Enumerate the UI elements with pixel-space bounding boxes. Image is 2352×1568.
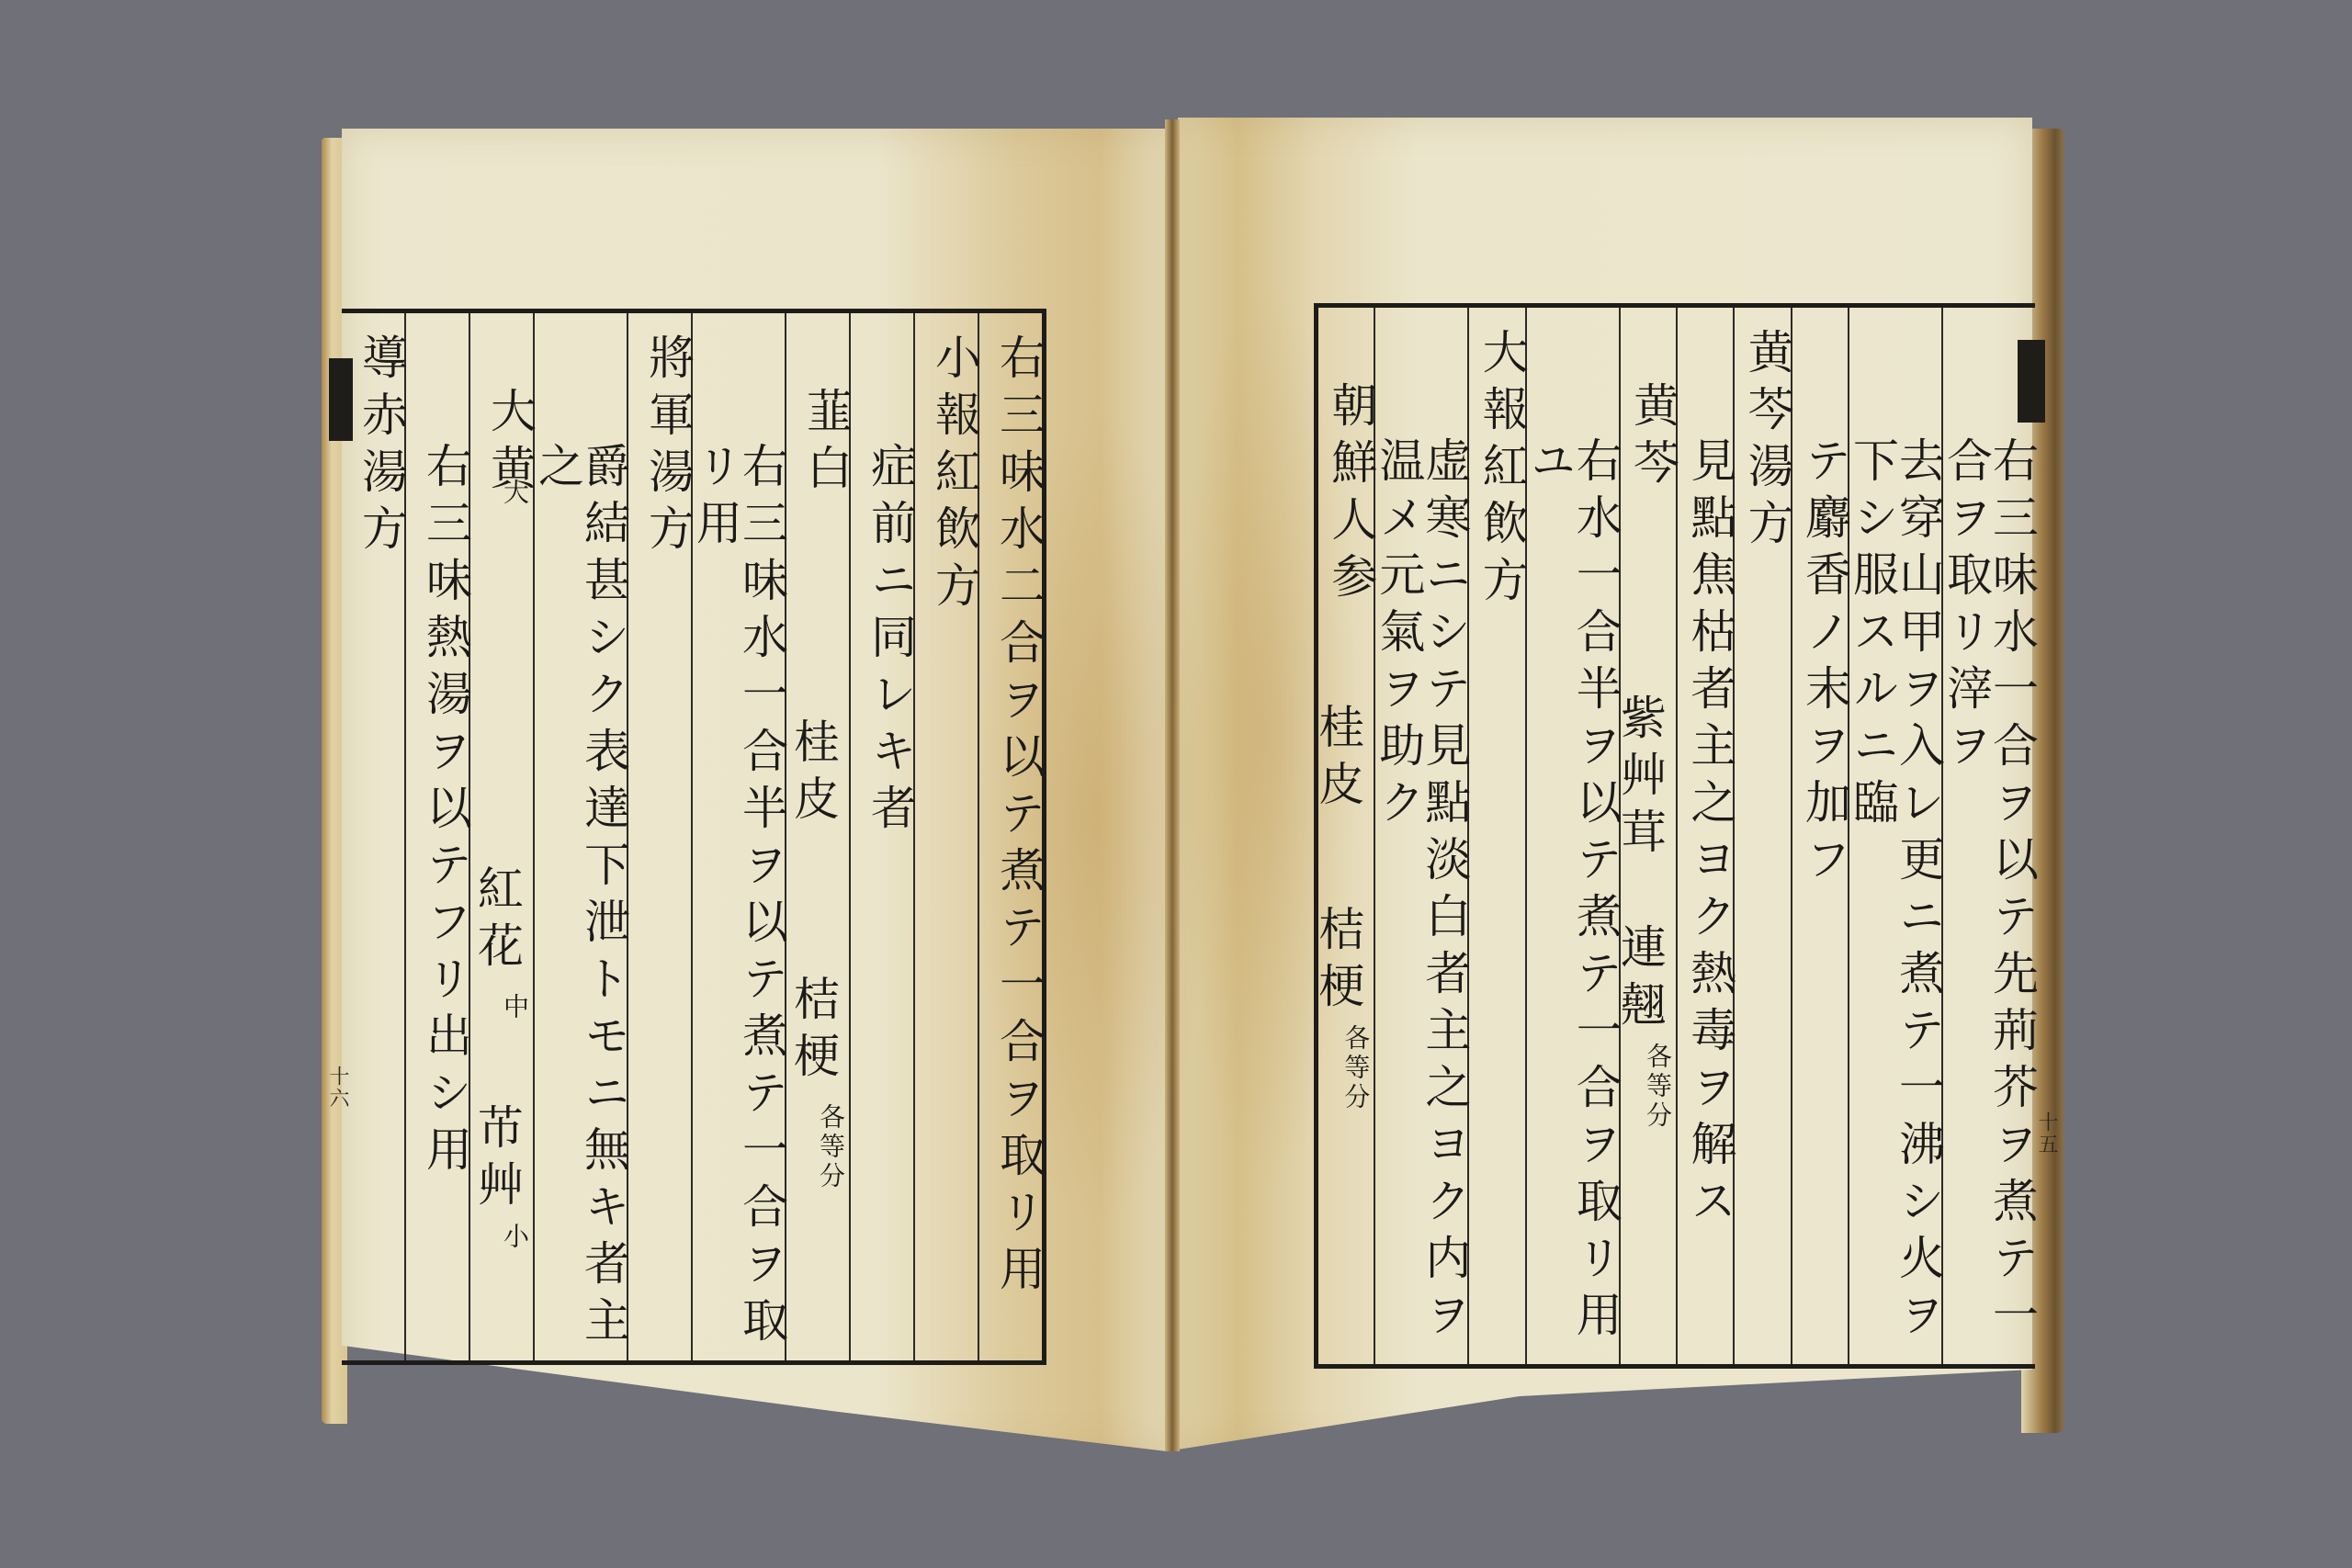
text-column: 症前ニ同レキ者	[849, 313, 913, 1360]
quantity-note: 各等分	[1645, 1043, 1670, 1131]
quantity-note: 各等分	[1342, 1024, 1368, 1112]
ingredient-name: 芇艸	[474, 1103, 520, 1217]
ingredient-column: 韮白 桂皮 桔梗 各等分	[785, 313, 849, 1360]
quantity-note: 小	[502, 1223, 527, 1252]
text-column: 小報紅飲方	[913, 313, 978, 1360]
margin-tab-mark	[329, 358, 353, 441]
recipe-title: 將軍湯方	[645, 333, 691, 561]
open-book: 右三味水二合ヲ以テ煮テ一合ヲ取リ用 小報紅飲方 症前ニ同レキ者 韮白 桂皮 桔梗…	[0, 0, 2352, 1568]
text-column: 去穿山甲ヲ入レ更ニ煮テ一沸シ火ヲ下シ服スルニ臨	[1848, 308, 1941, 1364]
text-column: 右水一合半ヲ以テ煮テ一合ヲ取リ用ユ	[1525, 308, 1619, 1364]
indication-text: 爵結甚シク表達下泄トモニ無キ者主之	[535, 442, 627, 1360]
quantity-note: 中	[502, 993, 527, 1022]
text-column: 導赤湯方	[342, 313, 404, 1360]
ingredient-column: 黄芩 紫艸茸 連翹 各等分	[1619, 308, 1676, 1364]
ingredient-name: 桔梗	[1315, 905, 1361, 1019]
ingredient-name: 桂皮	[1315, 703, 1361, 817]
ingredient-column: 大黄 大 紅花 中 芇艸 小	[469, 313, 533, 1360]
instruction-text: 右三味熱湯ヲ以テフリ出シ用	[423, 442, 469, 1182]
instruction-text: 去穿山甲ヲ入レ更ニ煮テ一沸シ火ヲ下シ服スルニ臨	[1849, 436, 1941, 1364]
recipe-title: 導赤湯方	[358, 333, 404, 561]
indication-text: 虚寒ニシテ見點淡白者主之ヨク内ヲ温メ元氣ヲ助ク	[1375, 436, 1467, 1364]
text-column: テ麝香ノ末ヲ加フ	[1791, 308, 1848, 1364]
folio-number: 十五	[2032, 1111, 2061, 1156]
margin-tab-mark	[2018, 340, 2045, 423]
ingredient-column: 朝鮮人参 桂皮 桔梗 各等分	[1318, 308, 1374, 1364]
quantity-note: 大	[502, 479, 527, 508]
text-column: 將軍湯方	[627, 313, 691, 1360]
instruction-text: 右三味水一合半ヲ以テ煮テ一合ヲ取リ用	[693, 442, 785, 1360]
instruction-text: テ麝香ノ末ヲ加フ	[1802, 436, 1848, 892]
recipe-title: 小報紅飲方	[932, 333, 978, 618]
quantity-note: 各等分	[818, 1103, 843, 1191]
indication-text: 症前ニ同レキ者	[867, 442, 913, 840]
ingredient-name: 黄芩	[1630, 381, 1676, 495]
ingredient-name: 韮白	[803, 387, 849, 501]
text-column: 右三味熱湯ヲ以テフリ出シ用	[404, 313, 469, 1360]
instruction-text: 右三味水二合ヲ以テ煮テ一合ヲ取リ用	[996, 333, 1042, 1302]
text-column: 右三味水二合ヲ以テ煮テ一合ヲ取リ用	[978, 313, 1042, 1360]
instruction-text: 右水一合半ヲ以テ煮テ一合ヲ取リ用ユ	[1527, 436, 1619, 1364]
recipe-title: 黄芩湯方	[1745, 328, 1791, 556]
recipe-title: 大報紅飲方	[1479, 328, 1525, 613]
ingredient-name: 紫艸茸	[1617, 694, 1663, 864]
text-column: 黄芩湯方	[1733, 308, 1790, 1364]
ingredient-name: 桔梗	[790, 975, 836, 1089]
folio-number: 十六	[323, 1066, 352, 1110]
text-column: 右三味水一合半ヲ以テ煮テ一合ヲ取リ用	[691, 313, 785, 1360]
text-column: 大報紅飲方	[1467, 308, 1524, 1364]
right-page-text-frame: 右三味水一合ヲ以テ先荊芥ヲ煮テ一合ヲ取リ滓ヲ 去穿山甲ヲ入レ更ニ煮テ一沸シ火ヲ下…	[1314, 303, 2035, 1369]
ingredient-name: 朝鮮人参	[1328, 381, 1374, 609]
text-column: 爵結甚シク表達下泄トモニ無キ者主之	[533, 313, 627, 1360]
text-column: 右三味水一合ヲ以テ先荊芥ヲ煮テ一合ヲ取リ滓ヲ	[1941, 308, 2035, 1364]
indication-text: 見點焦枯者主之ヨク熱毒ヲ解ス	[1687, 436, 1733, 1234]
instruction-text: 右三味水一合ヲ以テ先荊芥ヲ煮テ一合ヲ取リ滓ヲ	[1943, 436, 2035, 1364]
ingredient-name: 連翹	[1617, 923, 1663, 1037]
text-column: 見點焦枯者主之ヨク熱毒ヲ解ス	[1676, 308, 1733, 1364]
ingredient-name: 桂皮	[790, 717, 836, 831]
text-column: 虚寒ニシテ見點淡白者主之ヨク内ヲ温メ元氣ヲ助ク	[1374, 308, 1467, 1364]
left-page-text-frame: 右三味水二合ヲ以テ煮テ一合ヲ取リ用 小報紅飲方 症前ニ同レキ者 韮白 桂皮 桔梗…	[342, 309, 1046, 1365]
ingredient-name: 紅花	[474, 864, 520, 978]
